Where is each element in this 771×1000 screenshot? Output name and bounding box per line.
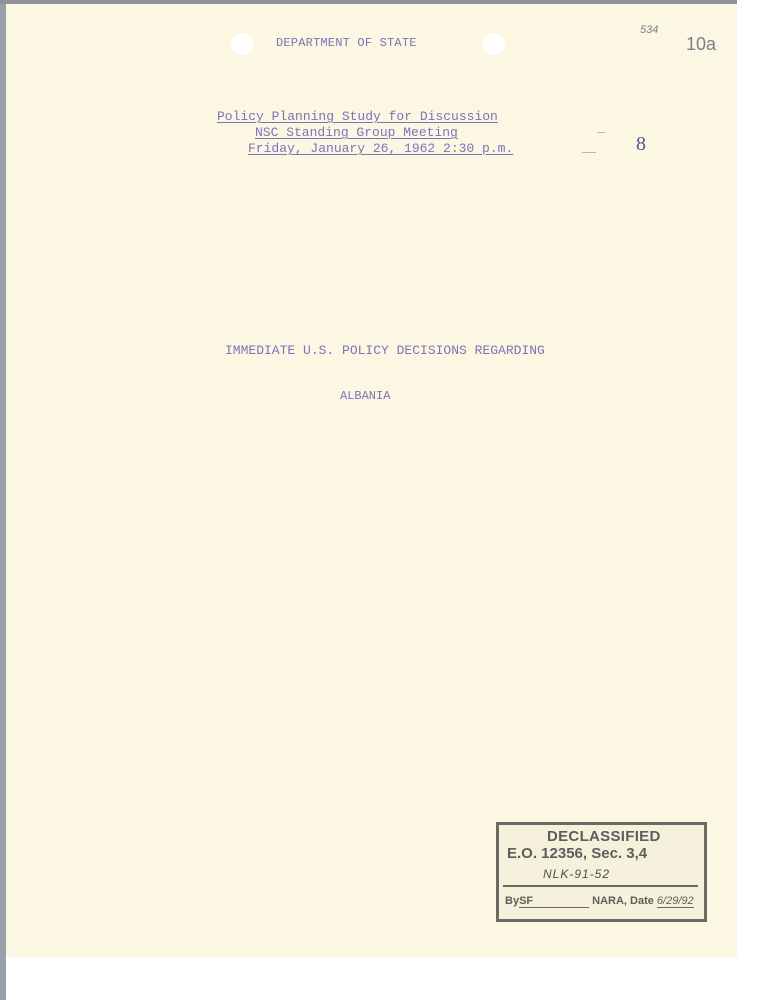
margin-mark — [582, 152, 596, 153]
letterhead: DEPARTMENT OF STATE — [276, 36, 417, 50]
page-number: 8 — [636, 133, 646, 156]
heading-line-2: NSC Standing Group Meeting — [255, 125, 458, 140]
stamp-signature-line: BySF NARA, Date 6/29/92 — [505, 895, 694, 908]
stamp-date-value: 6/29/92 — [657, 895, 694, 908]
declassification-stamp: DECLASSIFIED E.O. 12356, Sec. 3,4 NLK-91… — [496, 822, 707, 922]
stamp-by-value: SF — [519, 895, 589, 908]
stamp-agency-label: NARA, Date — [592, 895, 654, 907]
stamp-divider — [503, 885, 698, 887]
stamp-status: DECLASSIFIED — [547, 828, 661, 845]
document-title: IMMEDIATE U.S. POLICY DECISIONS REGARDIN… — [225, 343, 545, 358]
stamp-by-label: By — [505, 895, 519, 907]
punch-hole-right — [483, 33, 505, 55]
handwritten-ref-small: 534 — [640, 24, 658, 36]
margin-mark — [597, 132, 605, 133]
heading-line-1: Policy Planning Study for Discussion — [217, 109, 498, 124]
heading-line-3: Friday, January 26, 1962 2:30 p.m. — [248, 141, 513, 156]
stamp-authority: E.O. 12356, Sec. 3,4 — [507, 845, 647, 862]
punch-hole-left — [231, 33, 253, 55]
document-subject: ALBANIA — [340, 389, 390, 403]
handwritten-ref: 10a — [686, 34, 716, 55]
stamp-case-number: NLK-91-52 — [543, 867, 610, 881]
